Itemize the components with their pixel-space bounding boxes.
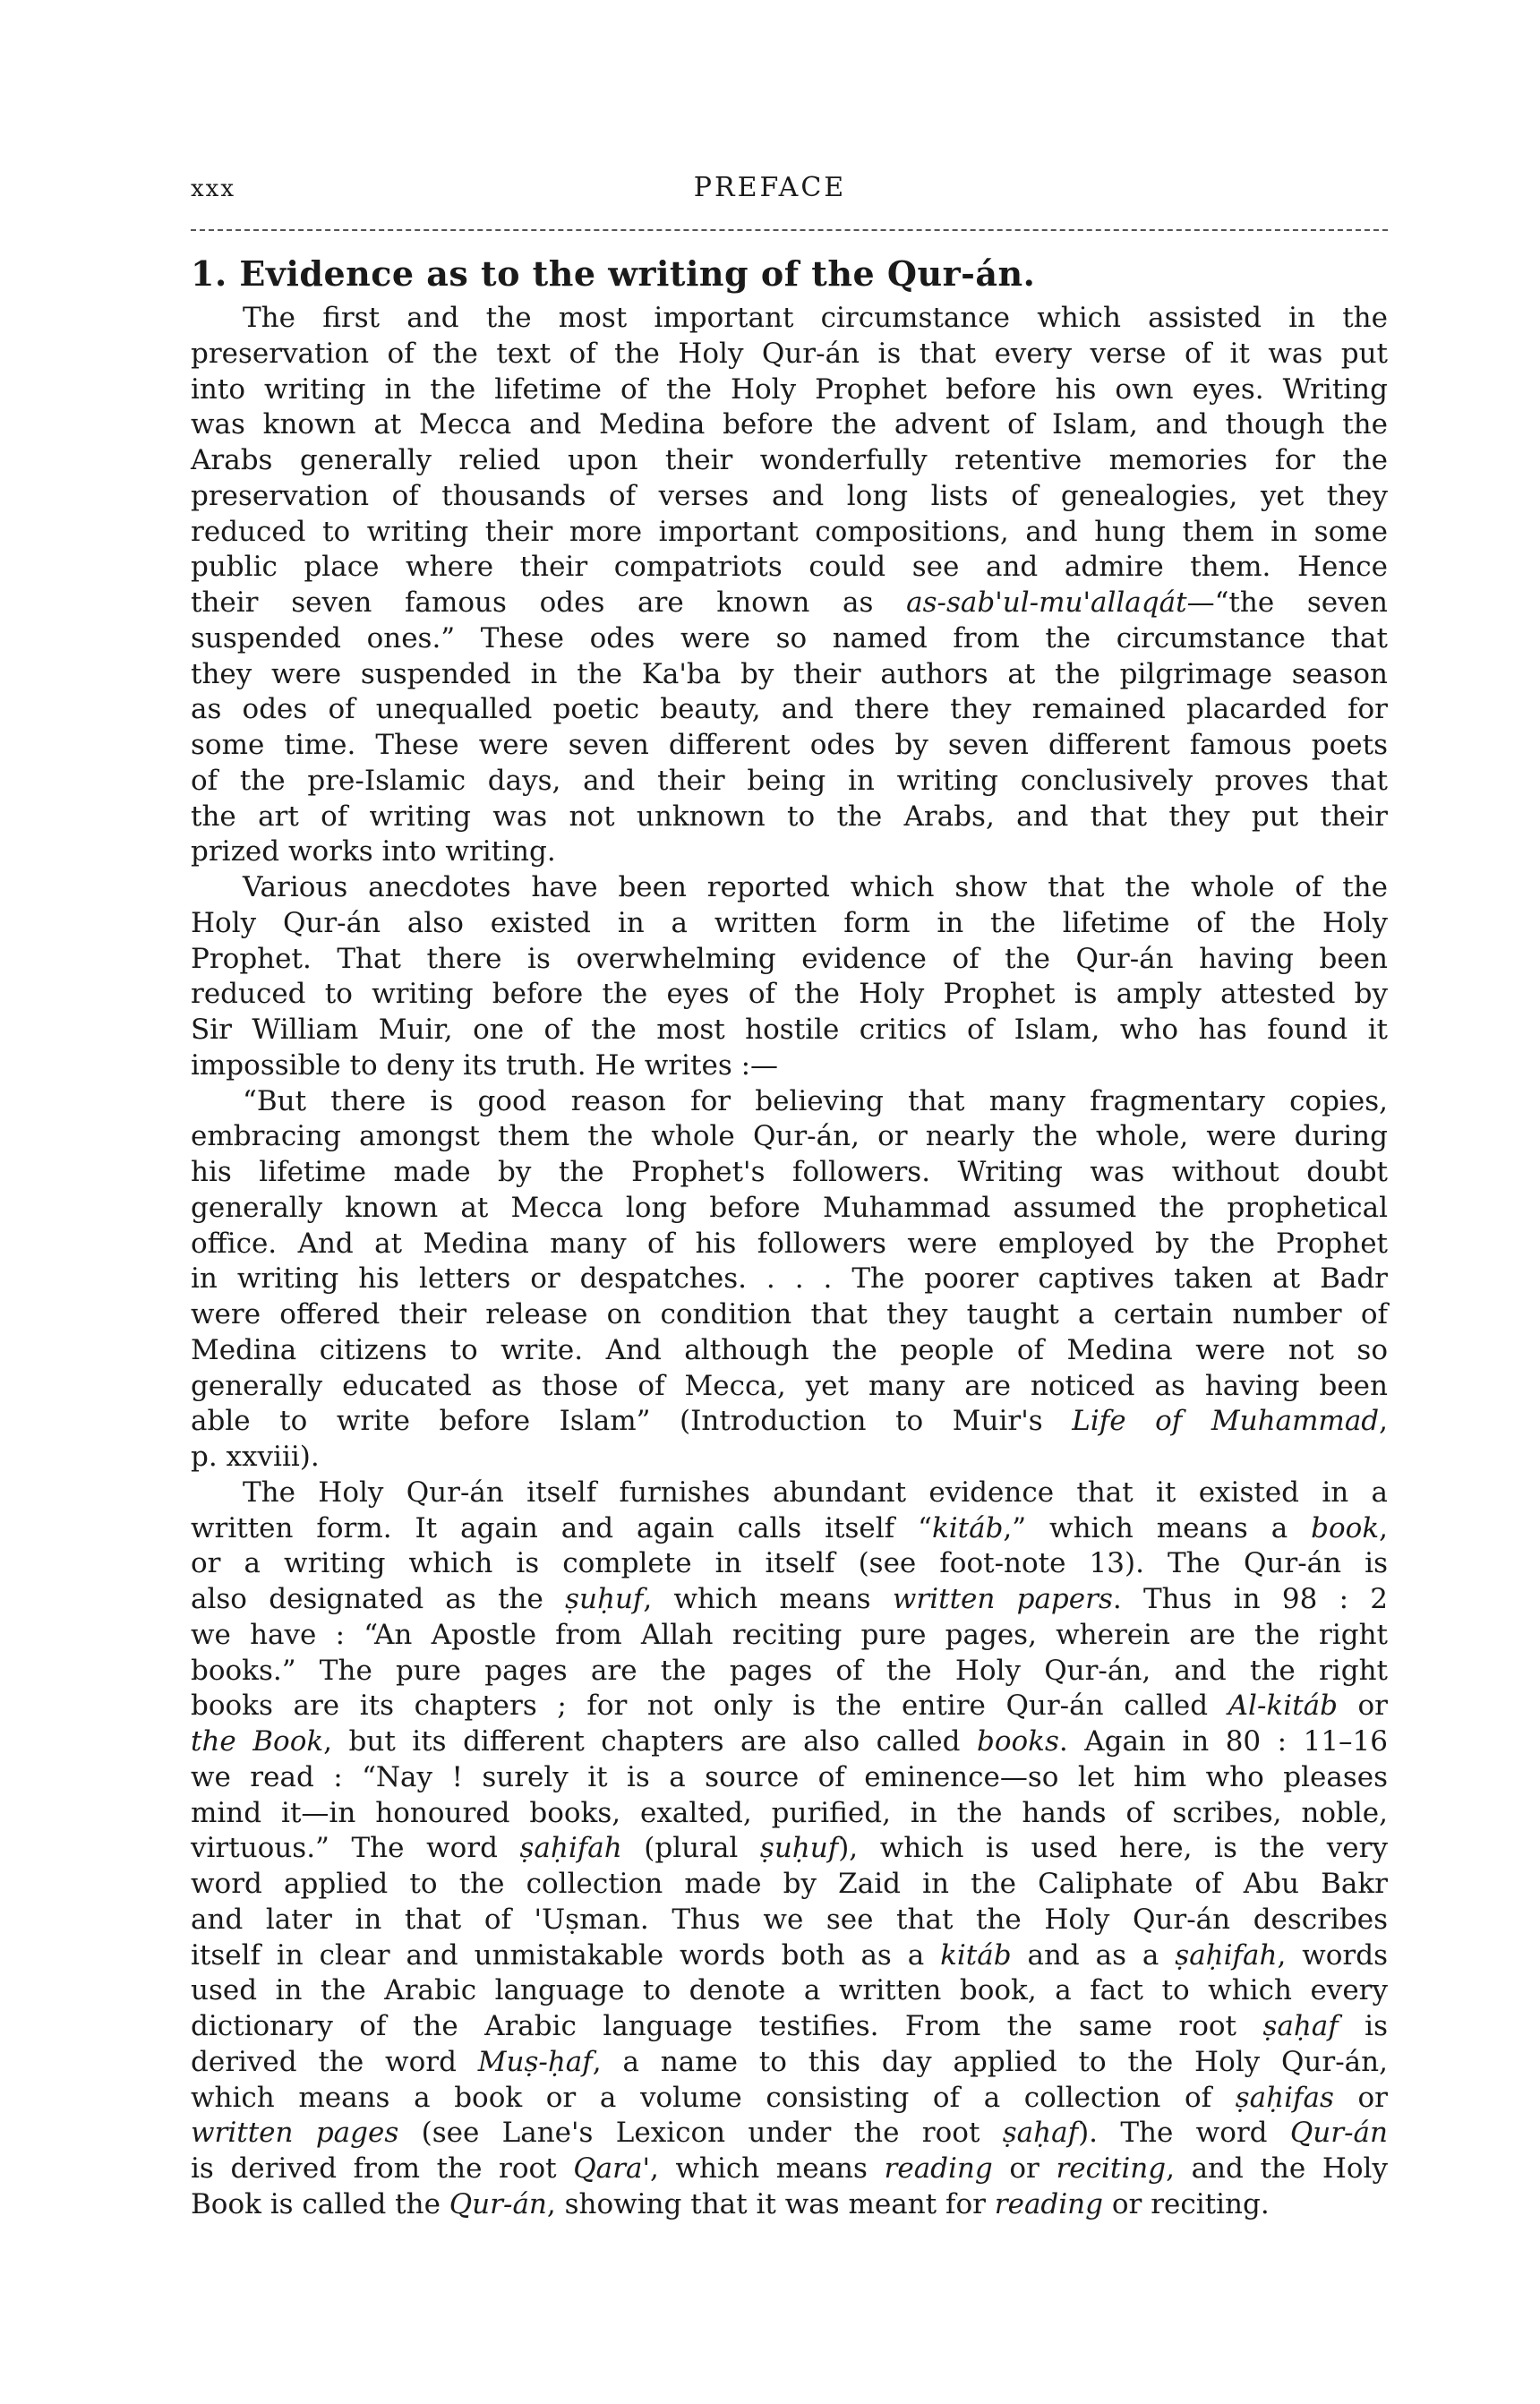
text-run: of the pre-Islamic days, and their being… xyxy=(191,765,1388,797)
italic-term: book xyxy=(1311,1512,1379,1544)
text-run: or xyxy=(993,2152,1057,2185)
text-line: Prophet. That there is overwhelming evid… xyxy=(191,942,1388,978)
text-line: his lifetime made by the Prophet's follo… xyxy=(191,1155,1388,1191)
text-line: generally educated as those of Mecca, ye… xyxy=(191,1369,1388,1405)
text-run: , xyxy=(1379,1405,1388,1437)
italic-term: kitáb xyxy=(940,1939,1011,1972)
running-head: PREFACE xyxy=(0,172,1540,203)
text-line: suspended ones.” These odes were so name… xyxy=(191,621,1388,657)
text-line: the art of writing was not unknown to th… xyxy=(191,800,1388,835)
text-line: reduced to writing their more important … xyxy=(191,515,1388,551)
italic-term: ṣuḥuf xyxy=(565,1583,643,1615)
text-line: Book is called the Qur-án, showing that … xyxy=(191,2187,1388,2223)
text-run: —“the seven xyxy=(1187,586,1388,619)
text-line: preservation of the text of the Holy Qur… xyxy=(191,337,1388,372)
text-run: , which means xyxy=(650,2152,885,2185)
text-run: “But there is good reason for believing … xyxy=(243,1085,1388,1117)
text-run: ). The word xyxy=(1078,2117,1290,2149)
text-run: is xyxy=(1339,2010,1388,2042)
text-line: office. And at Medina many of his follow… xyxy=(191,1227,1388,1262)
body-text: The first and the most important circums… xyxy=(191,301,1388,2223)
italic-term: Qara' xyxy=(573,2152,650,2185)
text-run: and later in that of 'Uṣman. Thus we see… xyxy=(191,1904,1388,1936)
text-line: embracing amongst them the whole Qur-án,… xyxy=(191,1119,1388,1155)
text-line: public place where their compatriots cou… xyxy=(191,550,1388,586)
italic-term: Muṣ-ḥaf xyxy=(478,2046,593,2078)
italic-term: written papers xyxy=(893,1583,1113,1615)
italic-term: Qur-án xyxy=(449,2188,547,2220)
text-run: was known at Mecca and Medina before the… xyxy=(191,408,1388,441)
text-line: derived the word Muṣ-ḥaf, a name to this… xyxy=(191,2045,1388,2081)
text-run: some time. These were seven different od… xyxy=(191,729,1388,761)
italic-term: as-sab'ul-mu'allaqát xyxy=(906,586,1186,619)
italic-term: the Book xyxy=(191,1725,323,1758)
text-run: (plural xyxy=(622,1832,760,1864)
italic-term: ṣuḥuf xyxy=(760,1832,838,1864)
italic-term: ṣaḥifah xyxy=(1175,1939,1277,1972)
text-run: or xyxy=(1338,1690,1388,1722)
text-run: Book is called the xyxy=(191,2188,449,2220)
text-line: in writing his letters or despatches. . … xyxy=(191,1262,1388,1297)
text-run: dictionary of the Arabic language testif… xyxy=(191,2010,1262,2042)
text-line: books are its chapters ; for not only is… xyxy=(191,1689,1388,1724)
text-run: ), which is used here, is the very xyxy=(838,1832,1388,1864)
text-run: suspended ones.” These odes were so name… xyxy=(191,622,1388,654)
text-run: also designated as the xyxy=(191,1583,565,1615)
text-run: derived the word xyxy=(191,2046,478,2078)
text-line: used in the Arabic language to denote a … xyxy=(191,1973,1388,2009)
text-line: The Holy Qur-án itself furnishes abundan… xyxy=(191,1476,1388,1511)
text-line: were offered their release on condition … xyxy=(191,1297,1388,1333)
text-run: , which means xyxy=(643,1583,892,1615)
text-run: ,” which means a xyxy=(1003,1512,1311,1544)
text-run: , but its different chapters are also ca… xyxy=(323,1725,977,1758)
text-line: Sir William Muir, one of the most hostil… xyxy=(191,1013,1388,1048)
text-line: written form. It again and again calls i… xyxy=(191,1511,1388,1547)
text-run: Medina citizens to write. And although t… xyxy=(191,1334,1388,1366)
text-run: or reciting. xyxy=(1103,2188,1270,2220)
text-run: Sir William Muir, one of the most hostil… xyxy=(191,1014,1388,1046)
text-line: written pages (see Lane's Lexicon under … xyxy=(191,2116,1388,2152)
text-run: their seven famous odes are known as xyxy=(191,586,906,619)
text-line: they were suspended in the Ka'ba by thei… xyxy=(191,657,1388,693)
text-run: , words xyxy=(1277,1939,1388,1972)
italic-term: ṣaḥifah xyxy=(520,1832,622,1864)
text-line: Holy Qur-án also existed in a written fo… xyxy=(191,906,1388,942)
text-run: in writing his letters or despatches. . … xyxy=(191,1262,1388,1295)
text-line: Arabs generally relied upon their wonder… xyxy=(191,443,1388,479)
text-line: into writing in the lifetime of the Holy… xyxy=(191,372,1388,408)
text-run: reduced to writing their more important … xyxy=(191,516,1388,548)
text-line: dictionary of the Arabic language testif… xyxy=(191,2009,1388,2045)
text-run: virtuous.” The word xyxy=(191,1832,520,1864)
italic-term: written pages xyxy=(191,2117,398,2149)
text-run: office. And at Medina many of his follow… xyxy=(191,1228,1388,1260)
text-run: were offered their release on condition … xyxy=(191,1298,1388,1330)
text-line: itself in clear and unmistakable words b… xyxy=(191,1938,1388,1974)
text-run: the art of writing was not unknown to th… xyxy=(191,800,1388,833)
text-line: or a writing which is complete in itself… xyxy=(191,1546,1388,1582)
text-run: or xyxy=(1334,2082,1388,2114)
text-line: p. xxviii). xyxy=(191,1440,1388,1476)
italic-term: reading xyxy=(995,2188,1103,2220)
text-line: their seven famous odes are known as as-… xyxy=(191,586,1388,621)
text-run: The Holy Qur-án itself furnishes abundan… xyxy=(243,1476,1388,1509)
text-run: written form. It again and again calls i… xyxy=(191,1512,932,1544)
text-run: , and the Holy xyxy=(1166,2152,1388,2185)
text-line: “But there is good reason for believing … xyxy=(191,1084,1388,1120)
italic-term: reciting xyxy=(1056,2152,1166,2185)
text-line: was known at Mecca and Medina before the… xyxy=(191,407,1388,443)
text-run: public place where their compatriots cou… xyxy=(191,551,1388,583)
text-run: Various anecdotes have been reported whi… xyxy=(243,871,1388,903)
text-run: generally known at Mecca long before Muh… xyxy=(191,1192,1388,1224)
text-run: , showing that it was meant for xyxy=(547,2188,995,2220)
text-run: is derived from the root xyxy=(191,2152,573,2185)
text-line: word applied to the collection made by Z… xyxy=(191,1867,1388,1903)
text-line: we read : “Nay ! surely it is a source o… xyxy=(191,1760,1388,1796)
text-line: prized works into writing. xyxy=(191,834,1388,870)
italic-term: Life of Muhammad xyxy=(1072,1405,1379,1437)
text-line: Various anecdotes have been reported whi… xyxy=(191,870,1388,906)
text-line: reduced to writing before the eyes of th… xyxy=(191,977,1388,1013)
text-run: we have : “An Apostle from Allah recitin… xyxy=(191,1619,1388,1651)
text-run: itself in clear and unmistakable words b… xyxy=(191,1939,940,1972)
text-run: Prophet. That there is overwhelming evid… xyxy=(191,943,1388,975)
text-run: and as a xyxy=(1012,1939,1176,1972)
text-line: mind it—in honoured books, exalted, puri… xyxy=(191,1796,1388,1832)
header-rule xyxy=(191,229,1388,231)
text-line: we have : “An Apostle from Allah recitin… xyxy=(191,1618,1388,1654)
text-line: also designated as the ṣuḥuf, which mean… xyxy=(191,1582,1388,1618)
text-line: the Book, but its different chapters are… xyxy=(191,1724,1388,1760)
text-run: generally educated as those of Mecca, ye… xyxy=(191,1370,1388,1402)
text-run: used in the Arabic language to denote a … xyxy=(191,1974,1388,2006)
text-line: Medina citizens to write. And although t… xyxy=(191,1333,1388,1369)
text-line: able to write before Islam” (Introductio… xyxy=(191,1404,1388,1440)
italic-term: reading xyxy=(885,2152,993,2185)
text-line: preservation of thousands of verses and … xyxy=(191,479,1388,515)
text-run: able to write before Islam” (Introductio… xyxy=(191,1405,1072,1437)
text-run: . Thus in 98 : 2 xyxy=(1113,1583,1388,1615)
italic-term: books xyxy=(977,1725,1059,1758)
text-line: impossible to deny its truth. He writes … xyxy=(191,1048,1388,1084)
italic-term: Qur-án xyxy=(1290,2117,1388,2149)
italic-term: Al-kitáb xyxy=(1228,1690,1338,1722)
text-run: The first and the most important circums… xyxy=(243,302,1388,334)
text-line: generally known at Mecca long before Muh… xyxy=(191,1191,1388,1227)
text-run: into writing in the lifetime of the Holy… xyxy=(191,373,1388,406)
text-line: some time. These were seven different od… xyxy=(191,728,1388,764)
text-line: is derived from the root Qara', which me… xyxy=(191,2152,1388,2187)
text-run: we read : “Nay ! surely it is a source o… xyxy=(191,1761,1388,1793)
text-run: preservation of the text of the Holy Qur… xyxy=(191,338,1388,370)
section-heading: 1. Evidence as to the writing of the Qur… xyxy=(191,253,1035,294)
text-line: of the pre-Islamic days, and their being… xyxy=(191,764,1388,800)
text-run: (see Lane's Lexicon under the root xyxy=(398,2117,1002,2149)
text-run: embracing amongst them the whole Qur-án,… xyxy=(191,1120,1388,1152)
text-run: . Again in 80 : 11–16 xyxy=(1059,1725,1388,1758)
text-run: or a writing which is complete in itself… xyxy=(191,1547,1388,1579)
text-run: books.” The pure pages are the pages of … xyxy=(191,1655,1388,1687)
italic-term: kitáb xyxy=(932,1512,1003,1544)
text-line: books.” The pure pages are the pages of … xyxy=(191,1654,1388,1690)
text-run: prized works into writing. xyxy=(191,835,556,868)
text-line: as odes of unequalled poetic beauty, and… xyxy=(191,692,1388,728)
italic-term: ṣaḥaf xyxy=(1262,2010,1338,2042)
text-run: books are its chapters ; for not only is… xyxy=(191,1690,1228,1722)
text-run: word applied to the collection made by Z… xyxy=(191,1868,1388,1900)
text-line: and later in that of 'Uṣman. Thus we see… xyxy=(191,1903,1388,1938)
text-run: , xyxy=(1379,1512,1388,1544)
text-run: as odes of unequalled poetic beauty, and… xyxy=(191,693,1388,725)
text-run: Holy Qur-án also existed in a written fo… xyxy=(191,907,1388,939)
text-run: Arabs generally relied upon their wonder… xyxy=(191,444,1388,476)
text-line: which means a book or a volume consistin… xyxy=(191,2081,1388,2117)
text-run: his lifetime made by the Prophet's follo… xyxy=(191,1156,1388,1188)
italic-term: ṣaḥifas xyxy=(1236,2082,1334,2114)
text-line: virtuous.” The word ṣaḥifah (plural ṣuḥu… xyxy=(191,1831,1388,1867)
text-run: mind it—in honoured books, exalted, puri… xyxy=(191,1797,1388,1829)
text-run: p. xxviii). xyxy=(191,1441,320,1473)
text-line: The first and the most important circums… xyxy=(191,301,1388,337)
text-run: they were suspended in the Ka'ba by thei… xyxy=(191,658,1388,690)
text-run: which means a book or a volume consistin… xyxy=(191,2082,1236,2114)
text-run: impossible to deny its truth. He writes … xyxy=(191,1049,778,1082)
italic-term: ṣaḥaf xyxy=(1003,2117,1078,2149)
text-run: reduced to writing before the eyes of th… xyxy=(191,978,1388,1010)
text-run: preservation of thousands of verses and … xyxy=(191,480,1388,512)
text-run: , a name to this day applied to the Holy… xyxy=(593,2046,1388,2078)
